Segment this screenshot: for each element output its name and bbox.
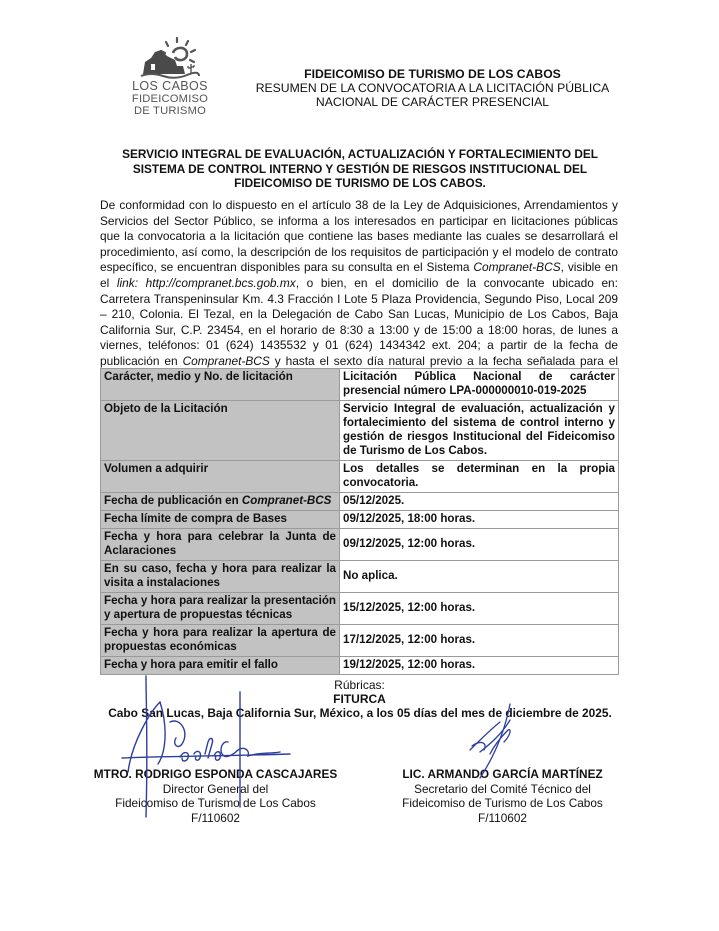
row-value: 05/12/2025. [340,493,619,511]
row-value: Los detalles se determinan en la propia … [340,461,619,493]
organization-name: FIDEICOMISO DE TURISMO DE LOS CABOS [230,67,635,81]
row-label: Carácter, medio y No. de licitación [101,369,340,401]
row-label: Fecha límite de compra de Bases [101,511,340,529]
row-label: Volumen a adquirir [101,461,340,493]
row-label: Fecha y hora para realizar la apertura d… [101,625,340,657]
table-row: Fecha y hora para emitir el fallo 19/12/… [101,657,619,675]
logo: LOS CABOS FIDEICOMISO DE TURISMO [131,36,211,118]
table-row: Volumen a adquirir Los detalles se deter… [101,461,619,493]
rubricas-org: FITURCA [0,693,719,707]
rubricas-label: Rúbricas: [0,679,719,693]
row-label: Fecha de publicación en Compranet-BCS [101,493,340,511]
table-row: Fecha y hora para celebrar la Junta de A… [101,529,619,561]
signatory-org: Fideicomiso de Turismo de Los Cabos [88,796,343,811]
tender-info-table: Carácter, medio y No. de licitación Lici… [100,368,619,675]
header-line-3: NACIONAL DE CARÁCTER PRESENCIAL [230,95,635,109]
row-value: Licitación Pública Nacional de carácter … [340,369,619,401]
signatory-ref: F/110602 [380,811,625,826]
rubricas-block: Rúbricas: FITURCA [0,679,719,706]
table-row: Fecha de publicación en Compranet-BCS 05… [101,493,619,511]
document-header: FIDEICOMISO DE TURISMO DE LOS CABOS RESU… [230,67,635,109]
compranet-link[interactable]: link: http://compranet.bcs.gob.mx [117,276,296,290]
signatory-name: LIC. ARMANDO GARCÍA MARTÍNEZ [380,767,625,782]
row-value: 15/12/2025, 12:00 horas. [340,593,619,625]
row-label: Objeto de la Licitación [101,401,340,461]
signatory-right: LIC. ARMANDO GARCÍA MARTÍNEZ Secretario … [380,767,625,825]
logo-wordmark: LOS CABOS FIDEICOMISO DE TURISMO [131,80,209,118]
intro-paragraph: De conformidad con lo dispuesto en el ar… [100,198,618,385]
header-line-2: RESUMEN DE LA CONVOCATORIA A LA LICITACI… [230,81,635,95]
table-row: Objeto de la Licitación Servicio Integra… [101,401,619,461]
row-value: Servicio Integral de evaluación, actuali… [340,401,619,461]
document-title: SERVICIO INTEGRAL DE EVALUACIÓN, ACTUALI… [100,147,620,191]
signatory-org: Fideicomiso de Turismo de Los Cabos [380,796,625,811]
row-value: No aplica. [340,561,619,593]
table-row: Fecha límite de compra de Bases 09/12/20… [101,511,619,529]
row-value: 17/12/2025, 12:00 horas. [340,625,619,657]
place-and-date: Cabo San Lucas, Baja California Sur, Méx… [80,706,640,720]
signatory-role: Secretario del Comité Técnico del [380,782,625,797]
row-value: 09/12/2025, 12:00 horas. [340,529,619,561]
row-label: Fecha y hora para emitir el fallo [101,657,340,675]
signatory-ref: F/110602 [88,811,343,826]
row-value: 19/12/2025, 12:00 horas. [340,657,619,675]
table-row: Fecha y hora para realizar la apertura d… [101,625,619,657]
row-label: En su caso, fecha y hora para realizar l… [101,561,340,593]
table-row: Fecha y hora para realizar la presentaci… [101,593,619,625]
table-row: Carácter, medio y No. de licitación Lici… [101,369,619,401]
los-cabos-sun-house-icon [137,36,205,80]
row-label: Fecha y hora para realizar la presentaci… [101,593,340,625]
row-value: 09/12/2025, 18:00 horas. [340,511,619,529]
signatory-name: MTRO. RODRIGO ESPONDA CASCAJARES [88,767,343,782]
system-name: Compranet-BCS [473,260,560,274]
row-label: Fecha y hora para celebrar la Junta de A… [101,529,340,561]
signatory-role: Director General del [88,782,343,797]
table-row: En su caso, fecha y hora para realizar l… [101,561,619,593]
signatory-left: MTRO. RODRIGO ESPONDA CASCAJARES Directo… [88,767,343,825]
